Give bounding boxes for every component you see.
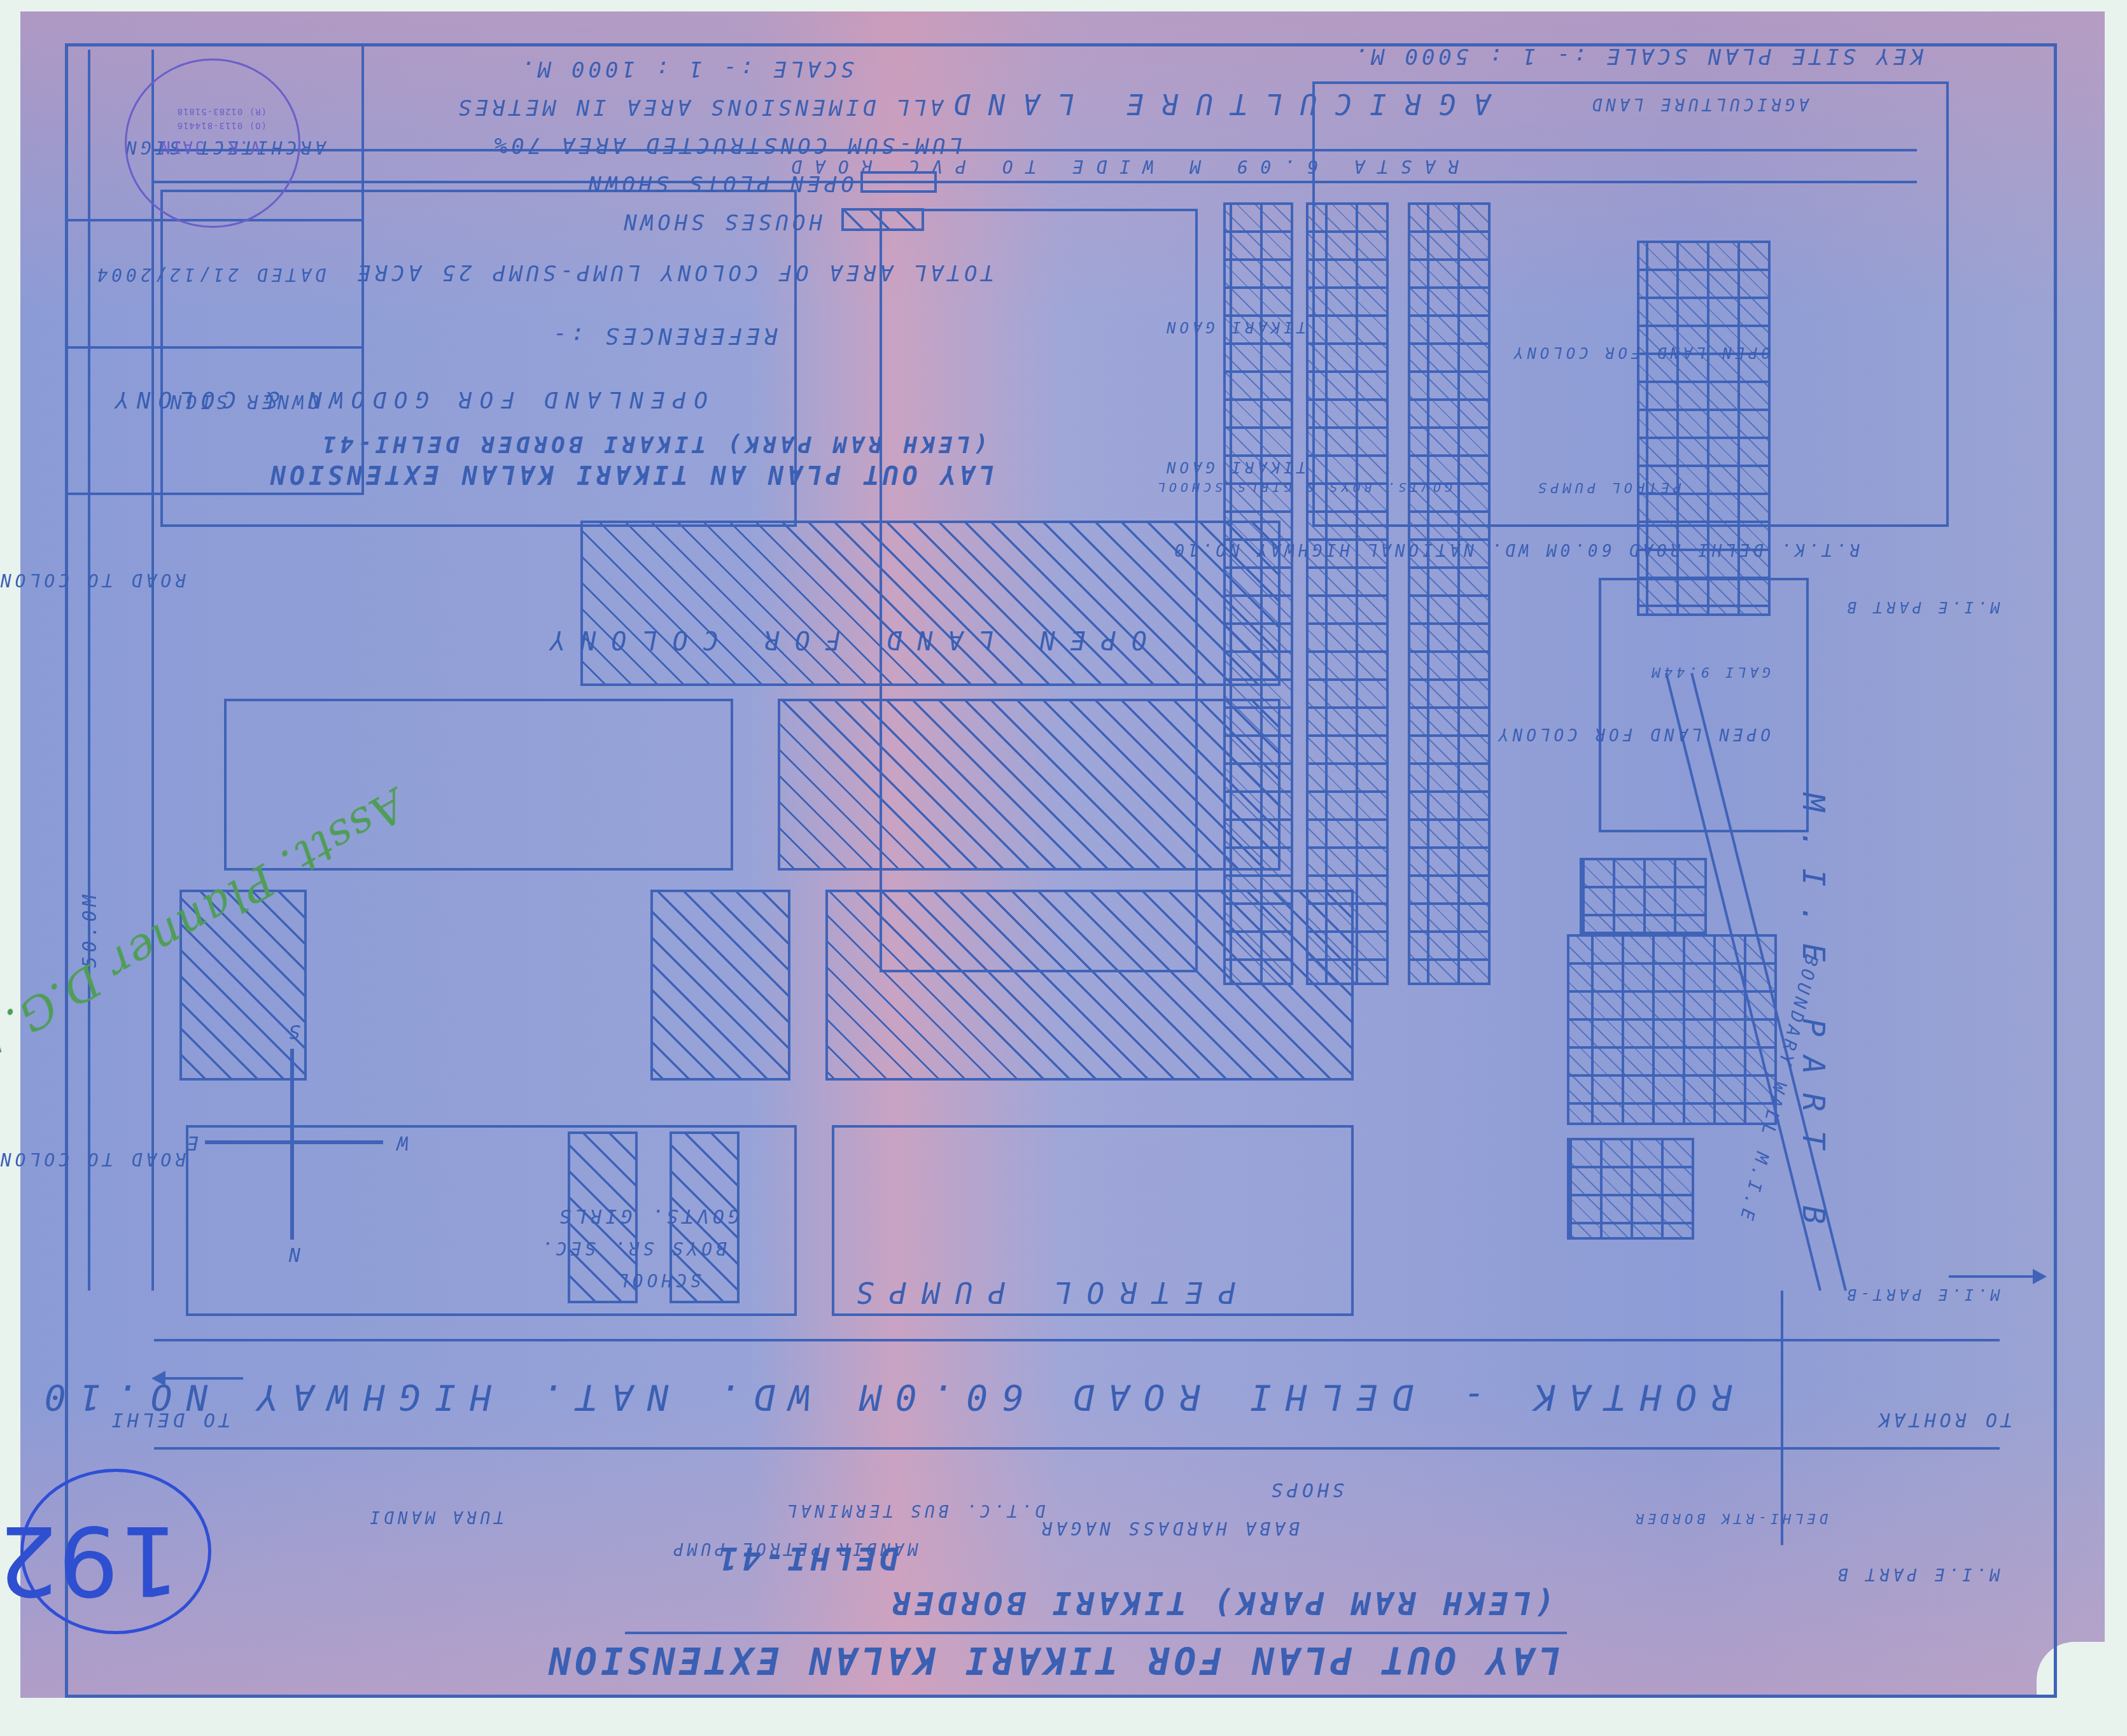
legend-scale: SCALE :- 1 : 1000 M. — [517, 56, 854, 81]
tikari-border-line — [1781, 1291, 1783, 1545]
highway-edge-top — [154, 1447, 2000, 1450]
sig-divider-1 — [65, 346, 364, 349]
open-land-colony-large — [880, 209, 1198, 972]
open-land-colony-small-label: OPEN LAND FOR COLONY — [1495, 724, 1771, 743]
shops-label: SHOPS — [1268, 1478, 1344, 1501]
school-label-1: GOVTS. GIRLS — [556, 1205, 740, 1227]
highway-label: ROHTAK - DELHI ROAD 60.0M WD. NAT. HIGHW… — [31, 1376, 1732, 1418]
legend-open-plots-swatch — [860, 171, 937, 193]
grid-plots-c — [1567, 1138, 1694, 1240]
open-land-colony-label: OPEN LAND FOR COLONY — [535, 625, 1147, 654]
compass-w: W — [393, 1131, 409, 1154]
blueprint-sheet: LAY OUT PLAN FOR TIKARI KALAN EXTENSION … — [0, 0, 2127, 1736]
school-label-3: SCHOOL — [614, 1270, 701, 1291]
grid-plots-a — [1567, 934, 1777, 1125]
school-label-2: BOYS SR. SEC. — [538, 1238, 727, 1259]
highway-edge-bottom — [154, 1339, 2000, 1341]
to-delhi-arrow — [154, 1377, 243, 1380]
owner-sign-label: OWNER SIGN — [166, 390, 319, 412]
compass-ew-line — [205, 1140, 383, 1144]
dated-label: DATED 21/12/2004 — [93, 264, 326, 285]
legend-item-dimensions: ALL DIMENSIONS AREA IN METRES — [454, 94, 943, 120]
gali-944-label: GALI 9.44M — [1648, 664, 1771, 680]
stamp-name: V.K. JAIN — [159, 137, 260, 156]
key-tikari-gaon-1: TIKARI GAON — [1163, 318, 1306, 336]
mie-part-b-2: M.I.E PART-B — [1844, 1285, 2000, 1303]
key-open-land-colony: OPEN LAND FOR COLONY — [1510, 344, 1771, 361]
petrol-pump-label: MANDIR PETROL PUMP — [670, 1539, 918, 1558]
baba-hardass-label: BABA HARDASS NAGAR — [1038, 1518, 1300, 1539]
road-to-colony-1: ROAD TO COLONY — [0, 570, 186, 591]
house-plot-row2b — [650, 890, 790, 1081]
page-number: 192 — [0, 1504, 179, 1615]
plot-block-row1 — [832, 1125, 1354, 1316]
architect-stamp: V.K. JAIN (O) 0113-814416 (R) 01283-5181… — [125, 59, 300, 228]
title-line1: LAY OUT PLAN FOR TIKARI KALAN EXTENSION — [545, 1639, 1561, 1682]
dtc-label: D.T.C. BUS TERMINAL — [783, 1501, 1045, 1520]
legend-item-total-area: TOTAL AREA OF COLONY LUMP-SUMP 25 ACRE — [354, 260, 994, 285]
key-agriculture: AGRICULTURE LAND — [1589, 94, 1809, 113]
key-tikari-gaon-2: TIKARI GAON — [1163, 458, 1306, 476]
compass-s: S — [285, 1020, 300, 1042]
legend-item-open-plots: OPEN PLOTS SHOWN — [584, 171, 854, 196]
key-highway-label: R.T.K. DELHI ROAD 60.0M WD. NATIONAL HIG… — [1170, 540, 1860, 559]
legend-subtitle: (LEKH RAM PARK) TIKARI BORDER DELHI-41 — [318, 431, 988, 457]
to-rohtak-label: TO ROHTAK — [1874, 1408, 2012, 1431]
road-to-colony-2: ROAD TO COLONY — [0, 1149, 186, 1170]
mie-part-b-label: M.I.E PART B — [1834, 1564, 2000, 1583]
grid-plots-b — [1580, 858, 1707, 934]
mie-part-b-big: M.I.E PART B — [1795, 794, 1831, 1243]
to-delhi-label: TO DELHI — [108, 1408, 231, 1431]
compass-n: N — [285, 1243, 300, 1265]
key-plan — [1312, 81, 1949, 527]
title-line2: (LEKH RAM PARK) TIKARI BORDER — [888, 1585, 1554, 1621]
key-mie-part-b: M.I.E PART B — [1844, 598, 2000, 616]
delhi-rtk-border-label: DELHI-RTK BORDER — [1632, 1510, 1828, 1526]
legend-item-houses: HOUSES SHOWN — [620, 209, 822, 234]
open-land-colony-small — [1599, 578, 1809, 832]
title-underline — [625, 1632, 1567, 1634]
references-label: REFERENCES :- — [549, 323, 778, 349]
tura-mandi-label: TURA MANDI — [366, 1507, 504, 1526]
stamp-phone-1: (O) 0113-814416 — [177, 120, 267, 130]
legend-title: LAY OUT PLAN AN TIKARI KALAN EXTENSION — [267, 459, 994, 489]
legend-houses-swatch — [841, 208, 924, 231]
key-school: GOVTS. BOYS & GIRLS SCHOOL — [1154, 480, 1452, 495]
stamp-phone-2: (R) 01283-51818 — [177, 106, 267, 116]
to-mie-arrow — [1949, 1275, 2044, 1278]
key-petrol: PETROL PUMPS — [1534, 479, 1681, 495]
legend-item-constructed: LUM-SUM CONSTRUCTED AREA 70% — [491, 132, 962, 158]
compass-ns-line — [290, 1049, 294, 1240]
key-plan-title: KEY SITE PLAN SCALE :- 1 : 5000 M. — [1351, 43, 1923, 69]
compass-e: E — [183, 1131, 199, 1154]
